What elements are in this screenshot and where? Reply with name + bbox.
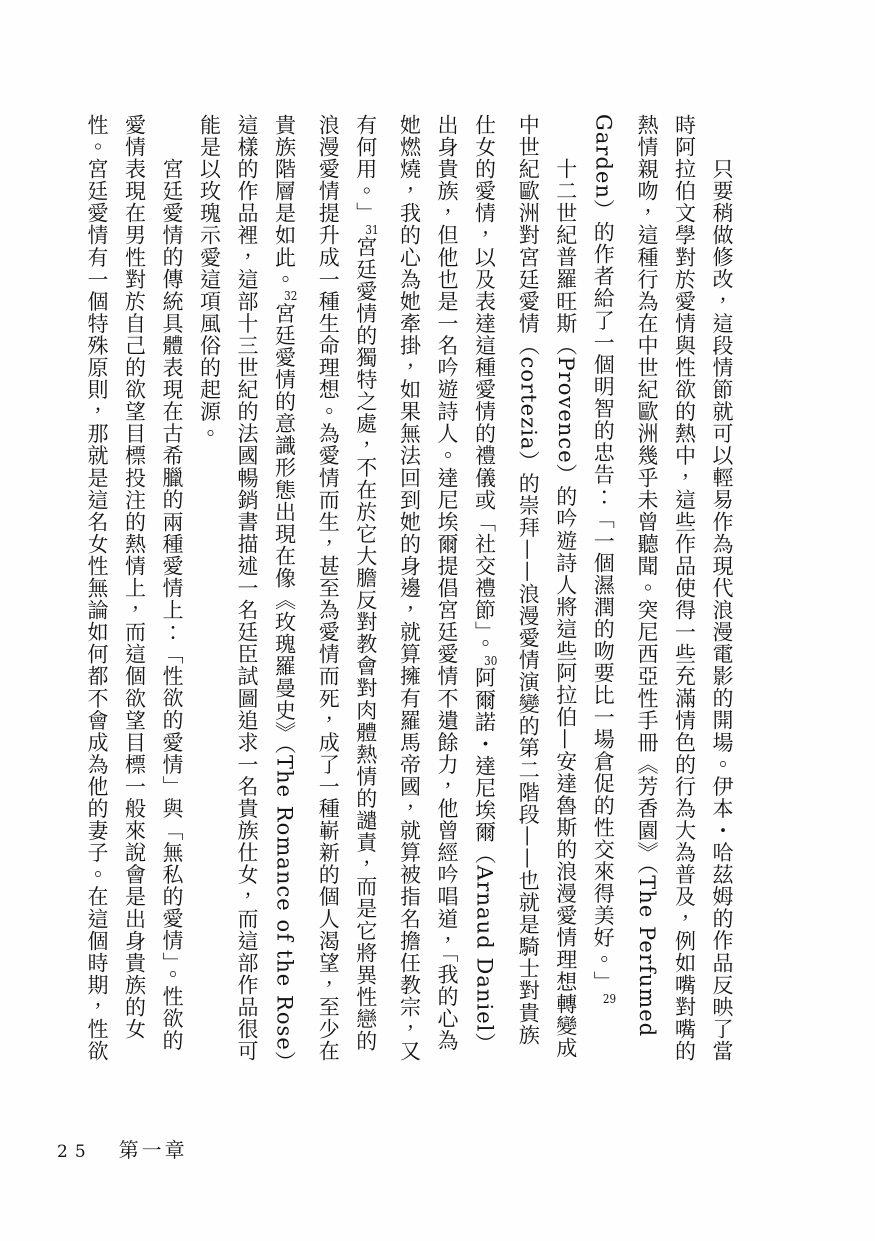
text-run: 宮廷愛情的傳統具體表現在古希臘的兩種愛情上：「性欲的愛情」與「無私的愛情」。性欲… [85, 114, 184, 1062]
page-footer: 25 第一章 [57, 1134, 188, 1163]
footnote-marker: 29 [603, 993, 617, 1005]
footnote-marker: 30 [484, 655, 498, 667]
chapter-title: 第一章 [119, 1134, 188, 1163]
paragraph: 宮廷愛情的傳統具體表現在古希臘的兩種愛情上：「性欲的愛情」與「無私的愛情」。性欲… [78, 114, 191, 1064]
page-number: 25 [57, 1142, 93, 1162]
footnote-marker: 32 [284, 290, 298, 302]
paragraph: 十二世紀普羅旺斯（Provence）的吟遊詩人將這些阿拉伯—安達魯斯的浪漫愛情理… [190, 114, 584, 1064]
book-page: 只要稍做修改，這段情節就可以輕易作為現代浪漫電影的開場。伊本・哈茲姆的作品反映了… [0, 0, 875, 1241]
text-run: 只要稍做修改，這段情節就可以輕易作為現代浪漫電影的開場。伊本・哈茲姆的作品反映了… [591, 114, 734, 1062]
body-text: 只要稍做修改，這段情節就可以輕易作為現代浪漫電影的開場。伊本・哈茲姆的作品反映了… [114, 114, 740, 1064]
footnote-marker: 31 [365, 224, 379, 236]
paragraph: 只要稍做修改，這段情節就可以輕易作為現代浪漫電影的開場。伊本・哈茲姆的作品反映了… [584, 114, 740, 1064]
